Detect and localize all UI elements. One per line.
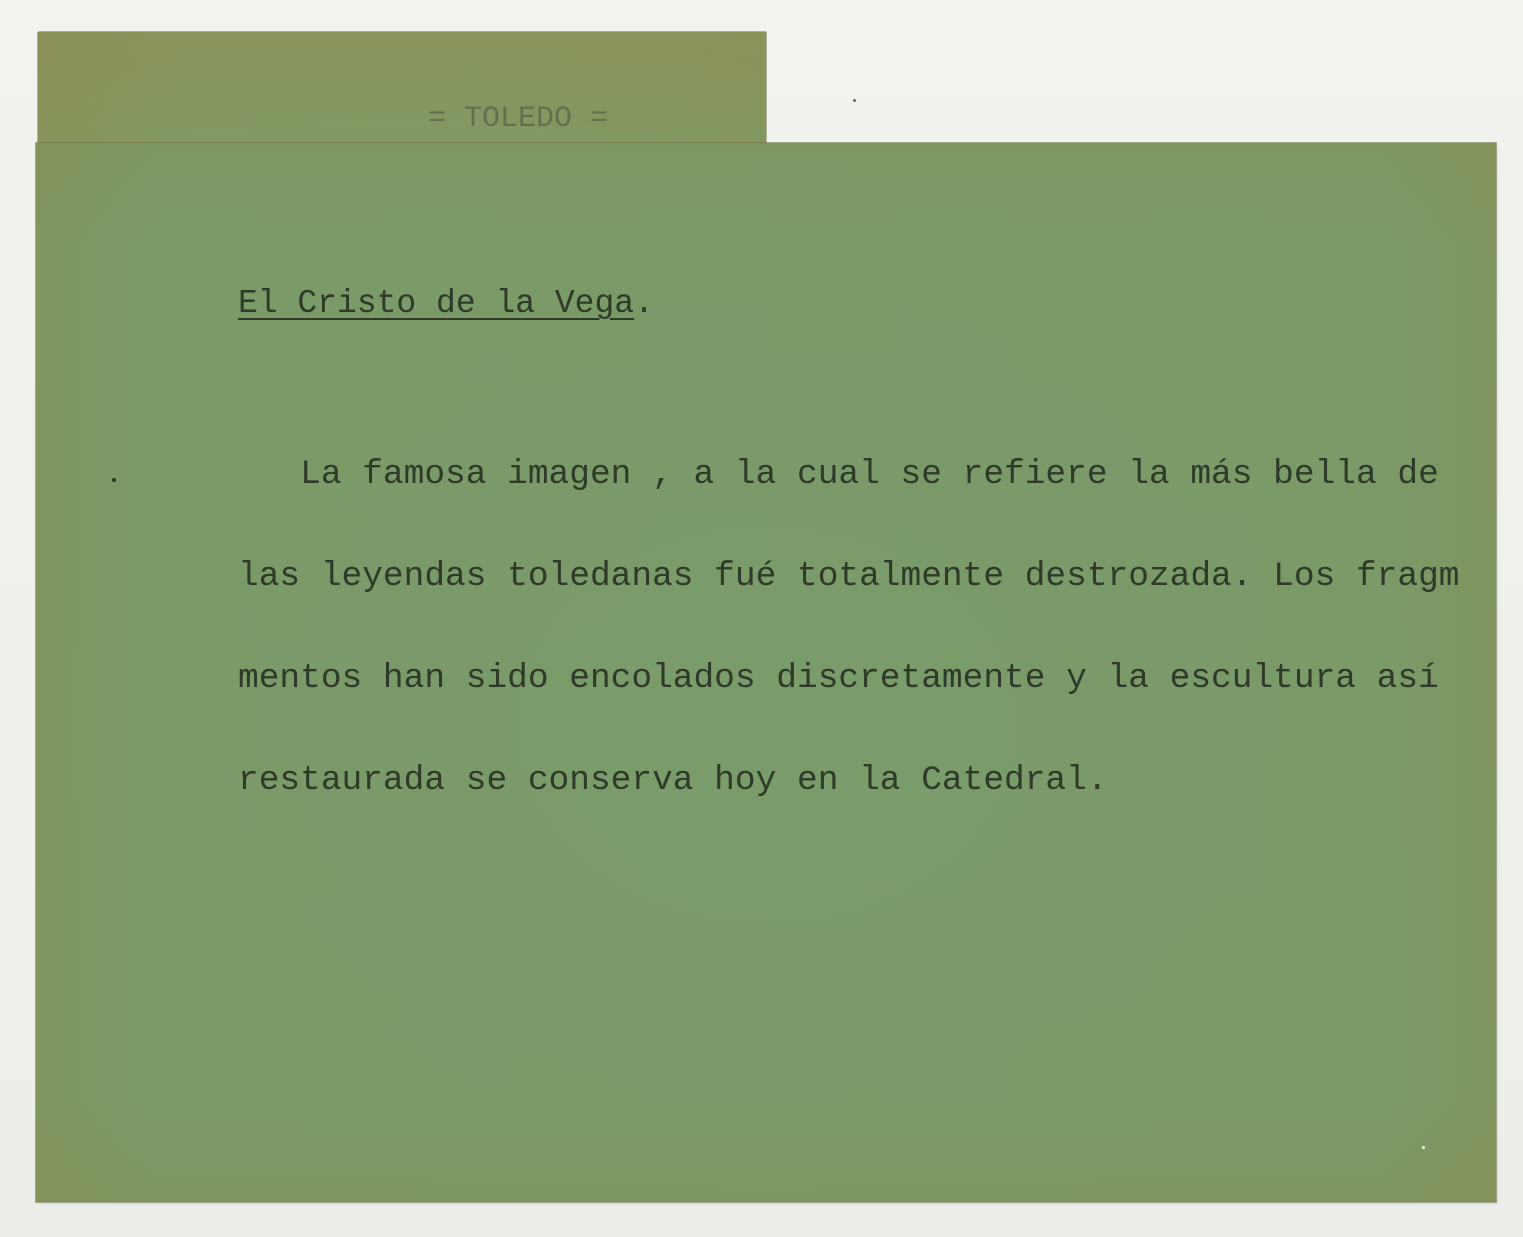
scanned-document: = TOLEDO = El Cristo de la Vega. La famo… — [0, 0, 1523, 1237]
index-card: = TOLEDO = El Cristo de la Vega. La famo… — [0, 0, 1523, 1237]
body-line: restaurada se conserva hoy en la Catedra… — [238, 764, 1460, 798]
heading-text: El Cristo de la Vega — [238, 285, 634, 322]
card-heading: El Cristo de la Vega. — [238, 286, 654, 322]
paper-speck — [1422, 1146, 1425, 1149]
dust-speck — [853, 99, 856, 102]
card-body-text: La famosa imagen , a la cual se refiere … — [238, 390, 1460, 866]
body-line: mentos han sido encolados discretamente … — [238, 662, 1460, 696]
tab-label: = TOLEDO = — [428, 102, 608, 136]
body-line: La famosa imagen , a la cual se refiere … — [238, 458, 1460, 492]
ink-speck — [112, 478, 116, 482]
heading-period: . — [634, 285, 654, 322]
body-line: las leyendas toledanas fué totalmente de… — [238, 560, 1460, 594]
index-card-tab — [38, 32, 766, 145]
